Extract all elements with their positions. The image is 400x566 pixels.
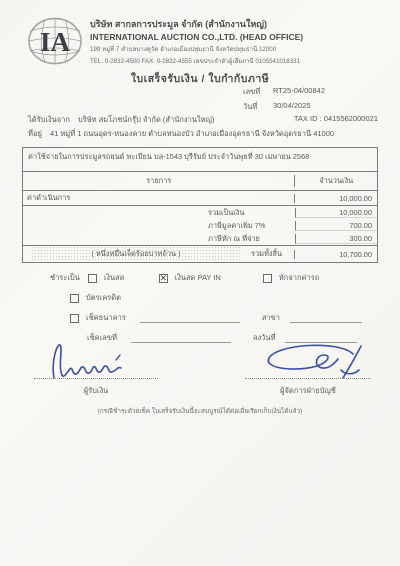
credit-card-checkbox[interactable] xyxy=(70,294,79,303)
receipt-date-value: 30/04/2025 xyxy=(273,101,311,113)
table-row: ค่าดำเนินการ 10,000.00 xyxy=(23,191,377,206)
bank-cheque-checkbox[interactable] xyxy=(70,314,79,323)
payer-tax-id: TAX ID : 0415562000021 xyxy=(294,114,378,126)
item-label: ค่าดำเนินการ xyxy=(23,192,294,204)
received-from-value: บริษัท สมโภชน์กรุ๊ป จำกัด (สำนักงานใหญ่) xyxy=(78,114,214,126)
subtotal-row: รวมเป็นเงิน 10,000.00 xyxy=(23,206,377,219)
receipt-meta: เลขที่ RT25-04/00842 วันที่ 30/04/2025 xyxy=(243,86,325,116)
receiver-signature-line xyxy=(34,378,158,379)
company-address: 199 หมู่ที่ 7 ตำบลบางคูวัด อำเภอเมืองปทุ… xyxy=(90,44,390,54)
credit-card-label: บัตรเครดิต xyxy=(86,292,121,304)
receipt-no-value: RT25-04/00842 xyxy=(273,86,325,98)
withholding-row: ภาษีหัก ณ ที่จ่าย 300.00 xyxy=(23,232,377,245)
deduct-from-car-checkbox[interactable] xyxy=(263,274,272,283)
svg-text:IA: IA xyxy=(40,27,71,57)
company-name-en: INTERNATIONAL AUCTION CO.,LTD. (HEAD OFF… xyxy=(90,32,390,42)
receiver-signature-label: ผู้รับเงิน xyxy=(34,385,158,397)
bank-cheque-label: เช็คธนาคาร xyxy=(86,312,126,324)
item-amount: 10,000.00 xyxy=(294,194,377,203)
company-header: บริษัท สากลการประมูล จำกัด (สำนักงานใหญ่… xyxy=(90,17,390,66)
bank-name-line xyxy=(140,314,240,323)
withholding-amount: 300.00 xyxy=(295,234,377,244)
company-name-th: บริษัท สากลการประมูล จำกัด (สำนักงานใหญ่… xyxy=(90,17,390,31)
payer-row: ได้รับเงินจาก บริษัท สมโภชน์กรุ๊ป จำกัด … xyxy=(28,114,378,126)
cash-checkbox[interactable] xyxy=(88,274,97,283)
receipt-no-label: เลขที่ xyxy=(243,86,273,98)
cash-label: เงินสด xyxy=(104,272,125,284)
vat-amount: 700.00 xyxy=(295,221,377,231)
cheque-condition-note: (กรณีชำระด้วยเช็ค ใบเสร็จรับเงินนี้จะสมบ… xyxy=(0,406,400,416)
document-title: ใบเสร็จรับเงิน / ใบกำกับภาษี xyxy=(0,70,400,87)
manager-signature-line xyxy=(245,378,371,379)
withholding-label: ภาษีหัก ณ ที่จ่าย xyxy=(23,233,295,245)
deduct-from-car-label: หักจากค่ารถ xyxy=(279,272,319,284)
received-from-label: ได้รับเงินจาก xyxy=(28,114,70,126)
charge-description: ค่าใช้จ่ายในการประมูลรถยนต์ ทะเบียน บล-1… xyxy=(22,147,378,172)
branch-label: สาขา xyxy=(262,312,280,324)
pay-by-label: ชำระเป็น xyxy=(50,272,80,284)
company-globe-logo: IA xyxy=(26,15,84,67)
column-header-amount: จำนวนเงิน xyxy=(294,175,377,187)
payer-address-label: ที่อยู่ xyxy=(28,129,42,138)
total-amount: 10,700.00 xyxy=(294,250,377,259)
table-header-row: รายการ จำนวนเงิน xyxy=(23,172,377,191)
payer-address-value: 41 หมู่ที่ 1 ถนนอุดร-หนองคาย ตำบลหนองบัว… xyxy=(50,129,334,138)
cash-payin-label: เงินสด PAY IN xyxy=(175,272,221,284)
subtotal-label: รวมเป็นเงิน xyxy=(23,207,295,219)
charges-table: ค่าใช้จ่ายในการประมูลรถยนต์ ทะเบียน บล-1… xyxy=(22,147,378,263)
vat-label: ภาษีมูลค่าเพิ่ม 7% xyxy=(23,220,295,232)
manager-signature-ink xyxy=(255,342,373,387)
manager-signature-label: ผู้จัดการฝ่ายบัญชี xyxy=(245,385,371,397)
total-row: ( หนึ่งหมื่นเจ็ดร้อยบาทถ้วน ) รวมทั้งสิ้… xyxy=(23,245,377,262)
payer-address-row: ที่อยู่ 41 หมู่ที่ 1 ถนนอุดร-หนองคาย ตำบ… xyxy=(28,128,378,140)
receipt-date-label: วันที่ xyxy=(243,101,273,113)
column-header-item: รายการ xyxy=(23,175,294,187)
total-label: รวมทั้งสิ้น xyxy=(251,248,282,260)
subtotal-amount: 10,000.00 xyxy=(295,208,377,218)
vat-row: ภาษีมูลค่าเพิ่ม 7% 700.00 xyxy=(23,219,377,232)
amount-in-words: ( หนึ่งหมื่นเจ็ดร้อยบาทถ้วน ) xyxy=(31,246,241,262)
cash-payin-checkbox[interactable] xyxy=(159,274,168,283)
receiver-signature-ink xyxy=(46,336,156,387)
branch-line xyxy=(290,314,362,323)
receipt-page: IA บริษัท สากลการประมูล จำกัด (สำนักงานใ… xyxy=(0,0,400,566)
company-contact: TEL. 0-2832-4500 FAX. 0-2832-4555 เลขประ… xyxy=(90,56,390,66)
